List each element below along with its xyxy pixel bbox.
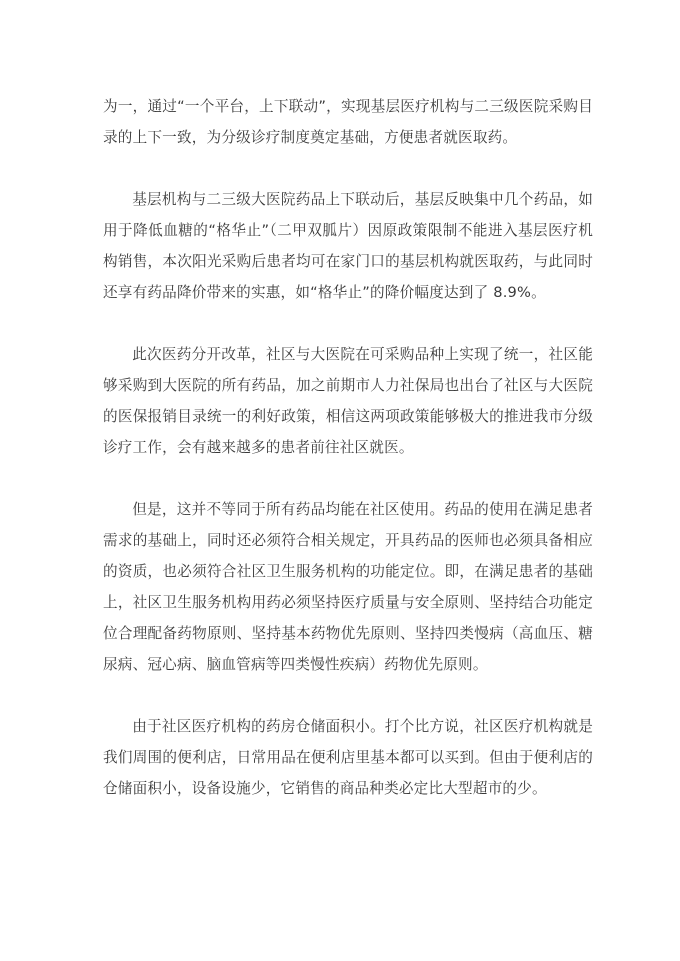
paragraph-1: 为一，通过“一个平台，上下联动”，实现基层医疗机构与二三级医院采购目录的上下一致…: [103, 91, 593, 153]
paragraph-5: 由于社区医疗机构的药房仓储面积小。打个比方说，社区医疗机构就是我们周围的便利店，…: [103, 711, 593, 804]
document-page: 为一，通过“一个平台，上下联动”，实现基层医疗机构与二三级医院采购目录的上下一致…: [103, 91, 593, 835]
paragraph-3: 此次医药分开改革，社区与大医院在可采购品种上实现了统一，社区能够采购到大医院的所…: [103, 339, 593, 463]
paragraph-2: 基层机构与二三级大医院药品上下联动后，基层反映集中几个药品，如用于降低血糖的“格…: [103, 184, 593, 308]
paragraph-4: 但是，这并不等同于所有药品均能在社区使用。药品的使用在满足患者需求的基础上，同时…: [103, 494, 593, 680]
